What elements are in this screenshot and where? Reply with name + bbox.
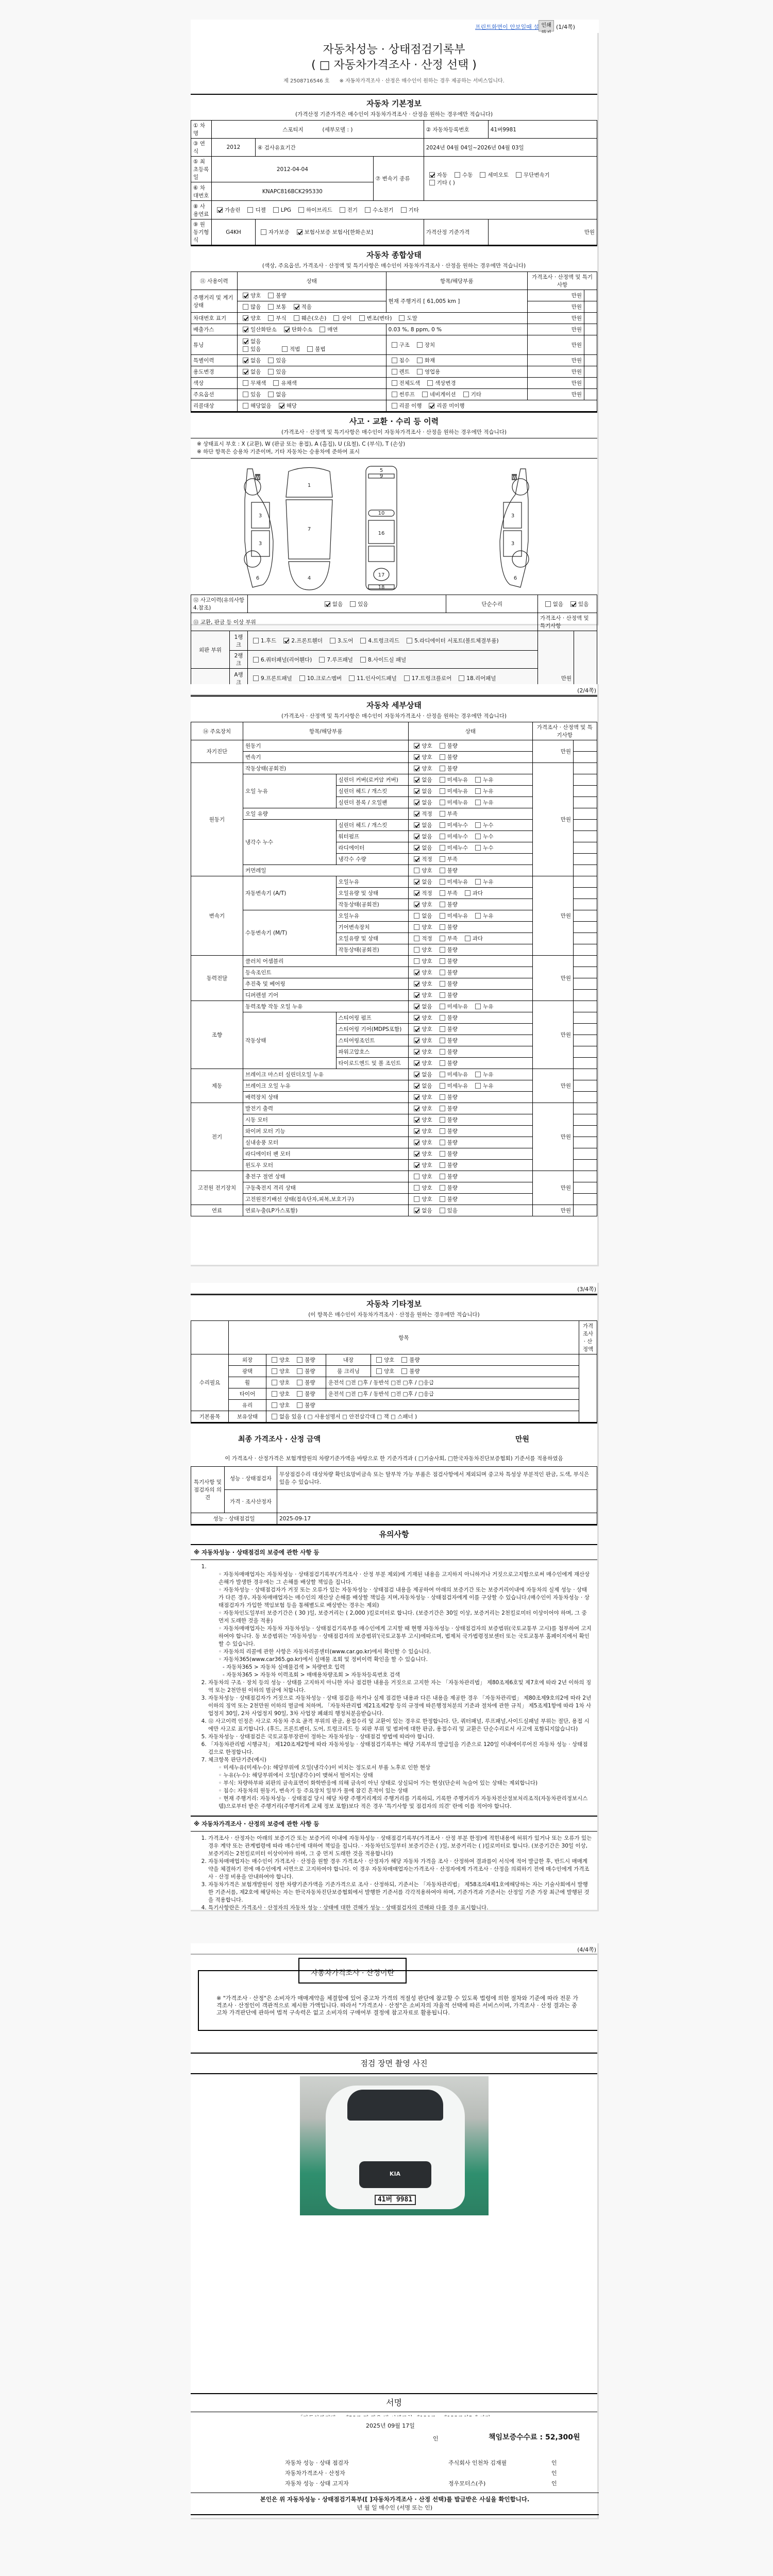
checkbox[interactable] (330, 638, 335, 643)
photo-title: 점검 장면 촬영 사진 (191, 2058, 597, 2069)
part-label: 오일유량 및 상태 (336, 933, 409, 944)
checkbox[interactable] (414, 856, 419, 862)
checkbox[interactable] (465, 936, 470, 941)
checkbox[interactable] (440, 1094, 445, 1100)
checkbox[interactable] (392, 403, 397, 409)
option-label: 누유 (483, 1004, 493, 1010)
checkbox[interactable] (297, 1368, 303, 1374)
option-label: 양호 (384, 1357, 394, 1363)
checkbox[interactable] (261, 229, 266, 235)
checkbox[interactable] (440, 743, 445, 749)
group-label: 고전원 전기장치 (191, 1171, 243, 1205)
checkbox[interactable] (414, 936, 419, 941)
checkbox[interactable] (440, 868, 445, 873)
item-label: 발전기 출력 (243, 1103, 408, 1114)
checkbox[interactable] (440, 834, 445, 839)
option-label: 양호 (422, 766, 432, 772)
checkbox[interactable] (272, 1368, 277, 1374)
option-label: 있음 (447, 1208, 458, 1214)
checkbox[interactable] (392, 342, 397, 348)
checkbox[interactable] (475, 1004, 481, 1009)
checkbox[interactable] (414, 743, 419, 749)
checkbox[interactable] (279, 403, 284, 409)
checkbox[interactable] (273, 207, 279, 213)
signer-name: 주식회사 인천차 김재필 (448, 2459, 507, 2467)
row-label: 배출가스 (191, 324, 238, 335)
checkbox[interactable] (440, 800, 445, 805)
notes-pricing: 가격조사 · 산정자는 아래의 보증기간 또는 보증거리 이내에 자동차성능 ·… (191, 1832, 597, 1917)
checkbox[interactable] (440, 1196, 445, 1202)
checkbox[interactable] (320, 327, 325, 332)
option-label: 2.프론트휀더 (291, 638, 323, 644)
option-label: 양호 (422, 1174, 432, 1180)
checkbox[interactable] (429, 403, 434, 409)
checkbox[interactable] (440, 1117, 445, 1123)
option-label: 불량 (305, 1391, 315, 1397)
rank-label: 1랭크 (230, 631, 248, 651)
checkbox[interactable] (414, 1094, 419, 1100)
checkbox[interactable] (243, 392, 248, 397)
option-label: 없음 (422, 1208, 432, 1214)
option-label: 7.루프패널 (327, 657, 353, 663)
checkbox[interactable] (294, 304, 299, 310)
option-label: 양호 (422, 970, 432, 976)
checkbox[interactable] (319, 657, 325, 663)
option-label: 양호 (422, 1117, 432, 1123)
checkbox[interactable] (272, 1402, 277, 1408)
checkbox[interactable] (440, 1208, 445, 1213)
checkbox[interactable] (440, 890, 445, 896)
note-item: 자동차의 리콜에 관한 사항은 자동차리콜센터(www.car.go.kr)에서… (219, 1648, 592, 1656)
checkbox[interactable] (360, 638, 366, 643)
option-label: 적정 (422, 890, 432, 896)
checkbox[interactable] (414, 1038, 419, 1043)
install-link[interactable]: 프린트화면이 안보일때 설치 (475, 23, 545, 31)
option-label: 리콜 이행 (399, 403, 422, 409)
option-label: 17.트렁크플로어 (412, 675, 452, 682)
checkbox[interactable] (268, 358, 274, 363)
checkbox[interactable] (392, 358, 397, 363)
checkbox[interactable] (440, 970, 445, 975)
checkbox[interactable] (429, 180, 435, 185)
checkbox[interactable] (414, 868, 419, 873)
checkbox[interactable] (475, 788, 481, 794)
option-label: 누유 (483, 1072, 493, 1078)
notes-title: 유의사항 (191, 1529, 597, 1540)
checkbox[interactable] (401, 1368, 407, 1374)
checkbox[interactable] (414, 1117, 419, 1123)
checkbox[interactable] (414, 834, 419, 839)
option-label: 적정 (422, 811, 432, 817)
checkbox[interactable] (414, 1196, 419, 1202)
checkbox[interactable] (516, 172, 522, 178)
note-sub-item: 현재 주행거리: 자동차성능 · 상태점검 당시 해당 차량 주행거리계의 주행… (219, 1795, 592, 1810)
option-label: 불량 (409, 1368, 419, 1375)
checkbox[interactable] (243, 304, 248, 310)
checkbox[interactable] (440, 811, 445, 817)
checkbox[interactable] (455, 172, 460, 178)
checkbox[interactable] (414, 1208, 419, 1213)
checkbox[interactable] (414, 1151, 419, 1157)
checkbox[interactable] (294, 315, 299, 321)
checkbox[interactable] (440, 1026, 445, 1032)
signer-seal: 인 (551, 2469, 557, 2477)
checkbox[interactable] (282, 346, 288, 352)
legend-note: ※ 하단 항목은 승용차 기준이며, 기타 자동차는 승용차에 준하여 표시 (197, 448, 591, 456)
checkbox[interactable] (399, 315, 405, 321)
checkbox[interactable] (414, 924, 419, 930)
section-subtitle-basic: (가격산정 기준가격은 매수인이 자동차가격조사 · 산정을 원하는 경우에만 … (191, 109, 597, 120)
engine-type: G4KH (226, 229, 241, 235)
checkbox[interactable] (414, 890, 419, 896)
service-notice: ※ 자동차가격조사 · 산정은 매수인이 원하는 경우 제공하는 서비스입니다. (340, 78, 505, 84)
checkbox[interactable] (480, 172, 485, 178)
checkbox[interactable] (284, 327, 290, 332)
notes-heading-inspection: ※ 자동차성능 · 상태점검의 보증에 관한 사항 등 (191, 1544, 597, 1560)
checkbox[interactable] (253, 675, 259, 681)
option-label: 보험사보증 보험사[한화손보] (305, 229, 373, 235)
checkbox[interactable] (440, 845, 445, 851)
opinion-label: 특기사항 및 점검자의 의견 (191, 1467, 225, 1513)
checkbox[interactable] (475, 879, 481, 885)
checkbox[interactable] (440, 1140, 445, 1145)
checkbox[interactable] (376, 1357, 382, 1363)
option-label: 양호 (422, 958, 432, 964)
item-label: 자동변속기 (A/T) (243, 876, 336, 910)
checkbox[interactable] (414, 822, 419, 828)
checkbox[interactable] (414, 992, 419, 998)
checkbox[interactable] (440, 1038, 445, 1043)
checkbox[interactable] (440, 992, 445, 998)
checkbox[interactable] (247, 207, 253, 213)
checkbox[interactable] (440, 766, 445, 771)
checkbox[interactable] (414, 981, 419, 987)
checkbox[interactable] (440, 958, 445, 964)
option-label: 훼손(오손) (301, 315, 327, 321)
option-label: 누수 (483, 845, 493, 851)
checkbox[interactable] (268, 293, 274, 298)
checkbox[interactable] (297, 229, 303, 235)
checkbox[interactable] (475, 1072, 481, 1077)
checkbox[interactable] (359, 315, 365, 321)
item-label: 등속조인트 (243, 967, 408, 978)
item-label: 동력조향 작동 오일 누유 (243, 1001, 408, 1012)
checkbox[interactable] (440, 1106, 445, 1111)
pricing-info-title: 자동차가격조사 · 산정이란 (298, 1958, 407, 1984)
checkbox[interactable] (414, 1162, 419, 1168)
checkbox[interactable] (376, 1368, 382, 1374)
checkbox[interactable] (570, 601, 576, 607)
checkbox[interactable] (340, 207, 345, 213)
checkbox[interactable] (243, 403, 248, 409)
detail-model: (세부모델 : ) (323, 127, 353, 133)
checkbox[interactable] (440, 777, 445, 783)
item-label: 디퍼렌셜 기어 (243, 990, 408, 1001)
checkbox[interactable] (440, 913, 445, 919)
checkbox[interactable] (392, 392, 397, 397)
section-title-overall: 자동차 종합상태 (191, 249, 597, 261)
checkbox[interactable] (243, 293, 248, 298)
checkbox[interactable] (407, 638, 412, 643)
signature-title: 서명 (191, 2397, 597, 2409)
checkbox[interactable] (440, 822, 445, 828)
option-label: 미세누유 (447, 913, 468, 919)
checkbox[interactable] (414, 958, 419, 964)
checkbox[interactable] (414, 879, 419, 885)
opinion-table: 특기사항 및 점검자의 의견성능 · 상태점검자무상점검수리 대상차량 확인요망… (191, 1466, 597, 1524)
inspector-opinion: 무상점검수리 대상차량 확인요망비금속 또는 탈부착 가능 부품은 점검사항에서… (277, 1467, 597, 1490)
option-label: 누유 (483, 1083, 493, 1089)
checkbox[interactable] (440, 947, 445, 953)
option-label: 누유 (483, 913, 493, 919)
checkbox[interactable] (440, 1072, 445, 1077)
transmission-options: 자동수동세미오토무단변속기기타 ( ) (424, 157, 597, 201)
note-item: 자동차매매업자는 자동차 자동차성능 · 상태점검기록부를 매수인에게 고지할 … (219, 1625, 592, 1648)
checkbox[interactable] (440, 1004, 445, 1009)
option-label: 양호 (422, 947, 432, 953)
checkbox[interactable] (440, 981, 445, 987)
checkbox[interactable] (414, 1026, 419, 1032)
checkbox[interactable] (475, 800, 481, 805)
checkbox[interactable] (414, 1072, 419, 1077)
checkbox[interactable] (272, 1380, 277, 1385)
checkbox[interactable] (243, 358, 248, 363)
item-label: 실내송풍 모터 (243, 1137, 408, 1148)
checkbox[interactable] (440, 924, 445, 930)
outer-panel-label: 외판 부위 (191, 631, 230, 669)
option-label: 도말 (407, 315, 417, 321)
checkbox[interactable] (325, 601, 330, 607)
checkbox[interactable] (440, 788, 445, 794)
checkbox[interactable] (440, 754, 445, 760)
checkbox[interactable] (475, 913, 481, 919)
row-label: 주요옵션 (191, 389, 238, 400)
option-label: 불량 (447, 1060, 458, 1066)
checkbox[interactable] (268, 369, 274, 375)
guarantee-fee: 책임보증수수료 : 52,300원 (489, 2432, 580, 2442)
checkbox[interactable] (414, 1015, 419, 1021)
checkbox[interactable] (440, 879, 445, 885)
checkbox[interactable] (414, 1185, 419, 1191)
part-label: 라디에이터 (336, 842, 409, 854)
checkbox[interactable] (268, 315, 274, 321)
option-label: 있음 (578, 601, 589, 607)
option-label: 미세누수 (447, 845, 468, 851)
part-label: 오일누유 (336, 876, 409, 888)
checkbox[interactable] (475, 777, 481, 783)
note-item: 자동차성능 · 상태점검자가 거짓 또는 오류가 있는 자동차성능 · 상태점검… (219, 1586, 592, 1609)
option-label: 양호 (422, 924, 432, 930)
checkbox[interactable] (349, 675, 355, 681)
option-label: 일산화탄소 (250, 327, 277, 333)
checkbox[interactable] (440, 1083, 445, 1089)
option-label: 불량 (447, 1015, 458, 1021)
checkbox[interactable] (350, 601, 356, 607)
checkbox[interactable] (253, 657, 259, 663)
checkbox[interactable] (440, 902, 445, 907)
checkbox[interactable] (545, 601, 551, 607)
option-label: 불량 (447, 1117, 458, 1123)
option-label: 양호 (279, 1368, 290, 1375)
checkbox[interactable] (475, 834, 481, 839)
checkbox[interactable] (417, 342, 423, 348)
option-label: 불량 (447, 1174, 458, 1180)
option-label: 불량 (447, 1038, 458, 1044)
checkbox[interactable] (243, 338, 248, 344)
part-label: 워터펌프 (336, 831, 409, 842)
svg-text:3: 3 (259, 513, 262, 519)
checkbox[interactable] (429, 172, 435, 178)
checkbox[interactable] (307, 346, 313, 352)
price-label: 가격조사 · 산정액 및 특기사항 (538, 613, 597, 631)
checkbox[interactable] (283, 638, 289, 643)
checkbox[interactable] (268, 304, 274, 310)
checkbox[interactable] (414, 845, 419, 851)
note-sub-item: 미세누유(미세누수): 해당부위에 오일(냉각수)이 비치는 정도로서 부품 노… (219, 1764, 592, 1772)
checkbox[interactable] (440, 1128, 445, 1134)
option-label: 썬루프 (399, 392, 415, 398)
checkbox[interactable] (298, 207, 304, 213)
checkbox[interactable] (414, 800, 419, 805)
checkbox[interactable] (440, 856, 445, 862)
checkbox[interactable] (333, 315, 339, 321)
option-label: 미세누유 (447, 777, 468, 783)
checkbox[interactable] (440, 1151, 445, 1157)
checkbox[interactable] (414, 1060, 419, 1066)
item-label: 커먼레일 (243, 865, 408, 876)
item-label: 고전원전기배선 상태(접속단자,피복,보호기구) (243, 1194, 408, 1205)
checkbox[interactable] (297, 1357, 303, 1363)
checkbox[interactable] (414, 766, 419, 771)
checkbox[interactable] (360, 657, 366, 663)
option-label: 많음 (250, 304, 261, 310)
checkbox[interactable] (273, 380, 279, 386)
checkbox[interactable] (253, 638, 259, 643)
checkbox[interactable] (440, 936, 445, 941)
checkbox[interactable] (272, 1391, 277, 1397)
checkbox[interactable] (475, 845, 481, 851)
checkbox[interactable] (243, 369, 248, 375)
checkbox[interactable] (401, 207, 407, 213)
checkbox[interactable] (414, 913, 419, 919)
option-label: 색상변경 (435, 380, 456, 386)
checkbox[interactable] (440, 1174, 445, 1179)
checkbox[interactable] (414, 811, 419, 817)
checkbox[interactable] (440, 1060, 445, 1066)
item-label: 브레이크 마스터 실린더오일 누유 (243, 1069, 408, 1080)
option-label: 미세누수 (447, 834, 468, 840)
checkbox[interactable] (243, 346, 248, 352)
checkbox[interactable] (440, 1185, 445, 1191)
note-item: 자동차매매업자는 자동차성능 · 상태점검기록부(가격조사 · 산정 부분 제외… (219, 1571, 592, 1586)
svg-text:5: 5 (380, 468, 383, 473)
checkbox[interactable] (414, 970, 419, 975)
option-label: 양호 (279, 1391, 290, 1397)
note-item: 체크항목 판단기준(예시)미세누유(미세누수): 해당부위에 오일(냉각수)이 … (208, 1756, 592, 1810)
checkbox[interactable] (414, 1128, 419, 1134)
option-label: 없음 (422, 834, 432, 840)
checkbox[interactable] (297, 1391, 303, 1397)
item-label: 오일 누유 (243, 774, 336, 808)
checkbox[interactable] (268, 392, 274, 397)
checkbox[interactable] (297, 1380, 303, 1385)
checkbox[interactable] (414, 902, 419, 907)
checkbox[interactable] (272, 1414, 277, 1419)
checkbox[interactable] (414, 1140, 419, 1145)
checkbox[interactable] (414, 1049, 419, 1055)
option-label: 미세누수 (447, 822, 468, 828)
checkbox[interactable] (414, 1004, 419, 1009)
part-label: 작동상태(공회전) (336, 944, 409, 956)
checkbox[interactable] (217, 207, 223, 213)
appraiser-label: 가격 · 조사산정자 (225, 1490, 277, 1513)
checkbox[interactable] (365, 207, 371, 213)
option-label: 있음 (358, 601, 368, 607)
checkbox[interactable] (417, 358, 423, 363)
checkbox[interactable] (243, 380, 248, 386)
option-label: 양호 (422, 1128, 432, 1134)
document-number: 제 2508716546 호 (283, 78, 329, 84)
checkbox[interactable] (440, 1049, 445, 1055)
checkbox[interactable] (414, 1106, 419, 1111)
checkbox[interactable] (440, 1015, 445, 1021)
checkbox[interactable] (422, 392, 428, 397)
checkbox[interactable] (401, 1357, 407, 1363)
checkbox[interactable] (417, 369, 423, 375)
option-label: 없음 (250, 358, 261, 364)
checkbox[interactable] (414, 1174, 419, 1179)
option-label: 양호 (422, 1094, 432, 1100)
checkbox[interactable] (427, 380, 433, 386)
checkbox[interactable] (414, 947, 419, 953)
checkbox[interactable] (392, 369, 397, 375)
option-label: 적정 (422, 856, 432, 862)
print-button[interactable]: 인쇄하기 (539, 20, 554, 31)
checkbox[interactable] (414, 788, 419, 794)
checkbox[interactable] (392, 380, 397, 386)
checkbox[interactable] (475, 1083, 481, 1089)
section-title-other: 자동차 기타정보 (191, 1298, 597, 1310)
option-label: 화재 (425, 358, 435, 364)
checkbox[interactable] (404, 675, 410, 681)
checkbox[interactable] (243, 315, 248, 321)
checkbox[interactable] (414, 1083, 419, 1089)
checkbox[interactable] (414, 754, 419, 760)
valid-period: 2024년 04월 04일~2026년 04월 03일 (424, 139, 597, 157)
item-label: 수동변속기 (M/T) (243, 910, 336, 956)
row-label: 용도변경 (191, 366, 238, 378)
option-label: 불량 (305, 1357, 315, 1363)
option-label: 있음 (250, 392, 261, 398)
svg-text:4: 4 (308, 575, 311, 581)
section-title-detail: 자동차 세부상태 (191, 700, 597, 711)
checkbox[interactable] (475, 822, 481, 828)
option-label: 있음 (250, 346, 261, 352)
checkbox[interactable] (272, 1357, 277, 1363)
checkbox[interactable] (459, 675, 464, 681)
checkbox[interactable] (299, 675, 305, 681)
checkbox[interactable] (465, 890, 470, 896)
signer-role: 자동차 성능 · 상태 고지자 (285, 2479, 349, 2487)
final-price-unit: 만원 (515, 1434, 529, 1444)
checkbox[interactable] (440, 1162, 445, 1168)
checkbox[interactable] (414, 777, 419, 783)
checkbox[interactable] (463, 392, 469, 397)
checkbox[interactable] (297, 1402, 303, 1408)
checkbox[interactable] (243, 327, 248, 332)
weld-mark-right: W (512, 476, 517, 481)
row-label: 색상 (191, 378, 238, 389)
